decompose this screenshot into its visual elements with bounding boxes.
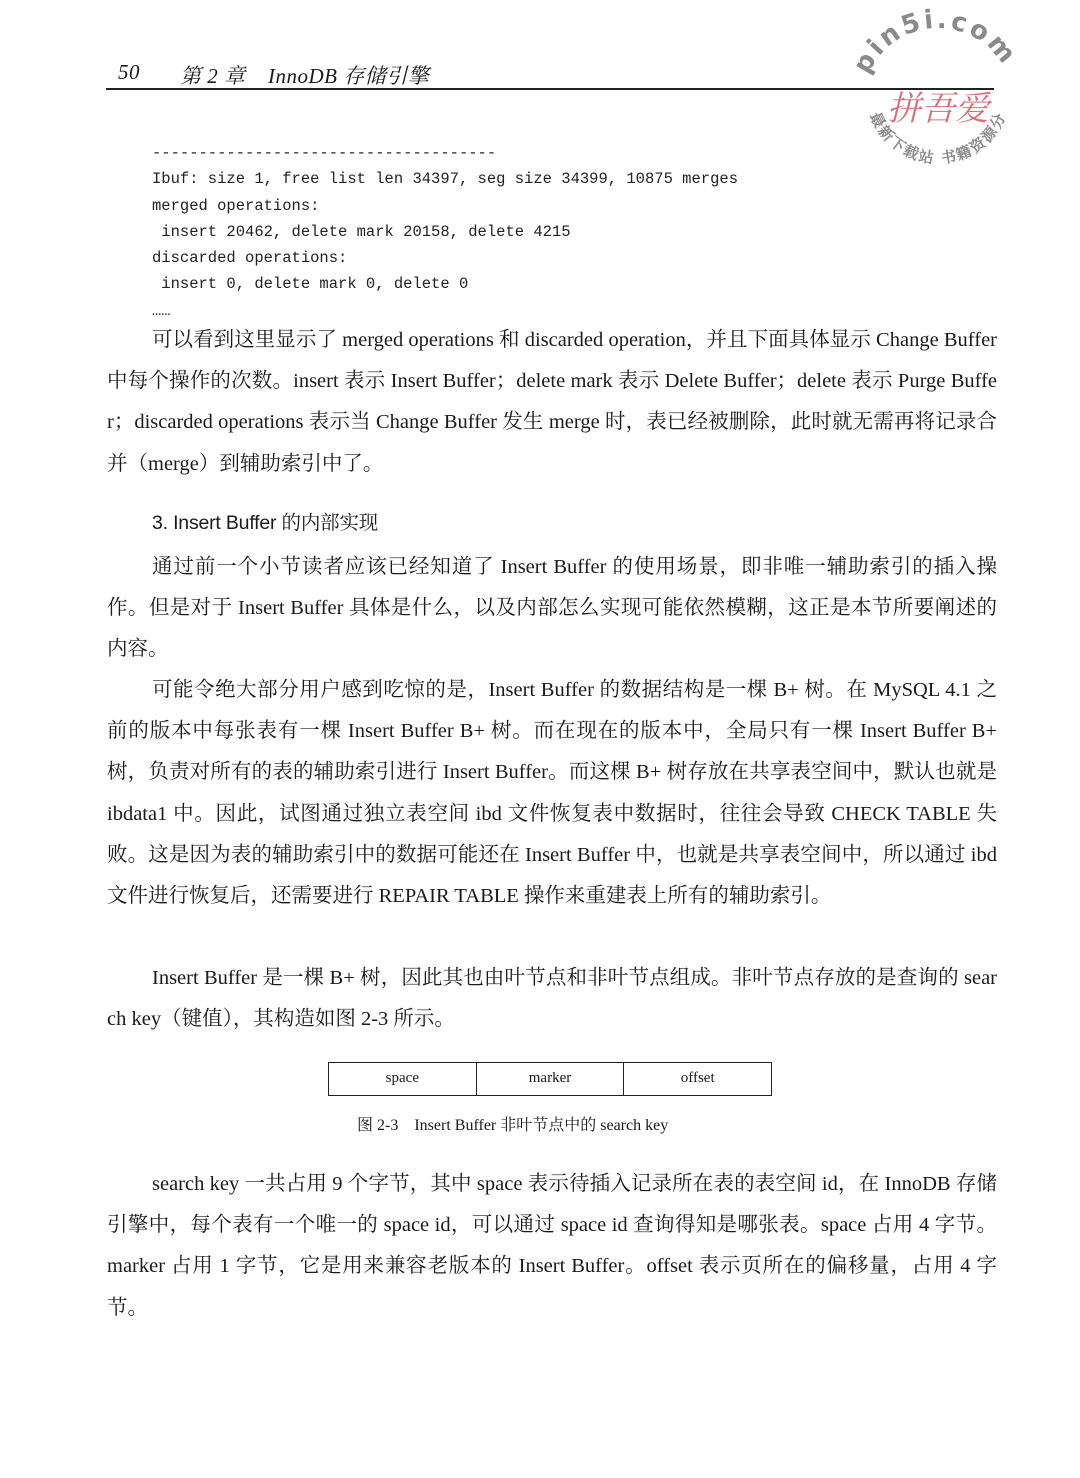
page-number: 50 <box>118 60 140 85</box>
paragraph-leaf-nodes: Insert Buffer 是一棵 B+ 树，因此其也由叶节点和非叶节点组成。非… <box>107 958 997 1040</box>
watermark-center-text: 拼吾爱 <box>887 89 992 129</box>
figure-caption-text: Insert Buffer 非叶节点中的 search key <box>414 1117 668 1134</box>
search-key-figure: space marker offset <box>328 1062 772 1096</box>
watermark-url: pin5i.com <box>848 8 1024 79</box>
section-heading: 3. Insert Buffer 的内部实现 <box>152 508 378 538</box>
field-marker: marker <box>477 1063 625 1095</box>
paragraph-bplus-tree: 可能令绝大部分用户感到吃惊的是，Insert Buffer 的数据结构是一棵 B… <box>107 670 997 917</box>
field-space: space <box>329 1063 477 1095</box>
chapter-label: 第 2 章 <box>180 60 246 90</box>
code-line: Ibuf: size 1, free list len 34397, seg s… <box>152 166 738 192</box>
code-line: discarded operations: <box>152 245 738 271</box>
watermark-stamp-icon: pin5i.com 拼吾爱 最新下载站 书籍资源分享 <box>838 8 1038 188</box>
paragraph-intro: 通过前一个小节读者应该已经知道了 Insert Buffer 的使用场景，即非唯… <box>107 547 997 671</box>
paragraph-change-buffer-ops: 可以看到这里显示了 merged operations 和 discarded … <box>107 320 997 485</box>
code-line: insert 20462, delete mark 20158, delete … <box>152 219 738 245</box>
code-line: merged operations: <box>152 193 738 219</box>
code-line: insert 0, delete mark 0, delete 0 <box>152 271 738 297</box>
code-line: ------------------------------------- <box>152 140 738 166</box>
figure-caption: 图 2-3Insert Buffer 非叶节点中的 search key <box>357 1114 668 1138</box>
figure-number: 图 2-3 <box>357 1117 398 1134</box>
code-block: -------------------------------------Ibu… <box>152 140 738 324</box>
paragraph-search-key: search key 一共占用 9 个字节，其中 space 表示待插入记录所在… <box>107 1164 997 1329</box>
svg-text:pin5i.com: pin5i.com <box>848 8 1024 79</box>
chapter-title: InnoDB 存储引擎 <box>268 60 429 90</box>
field-offset: offset <box>624 1063 771 1095</box>
